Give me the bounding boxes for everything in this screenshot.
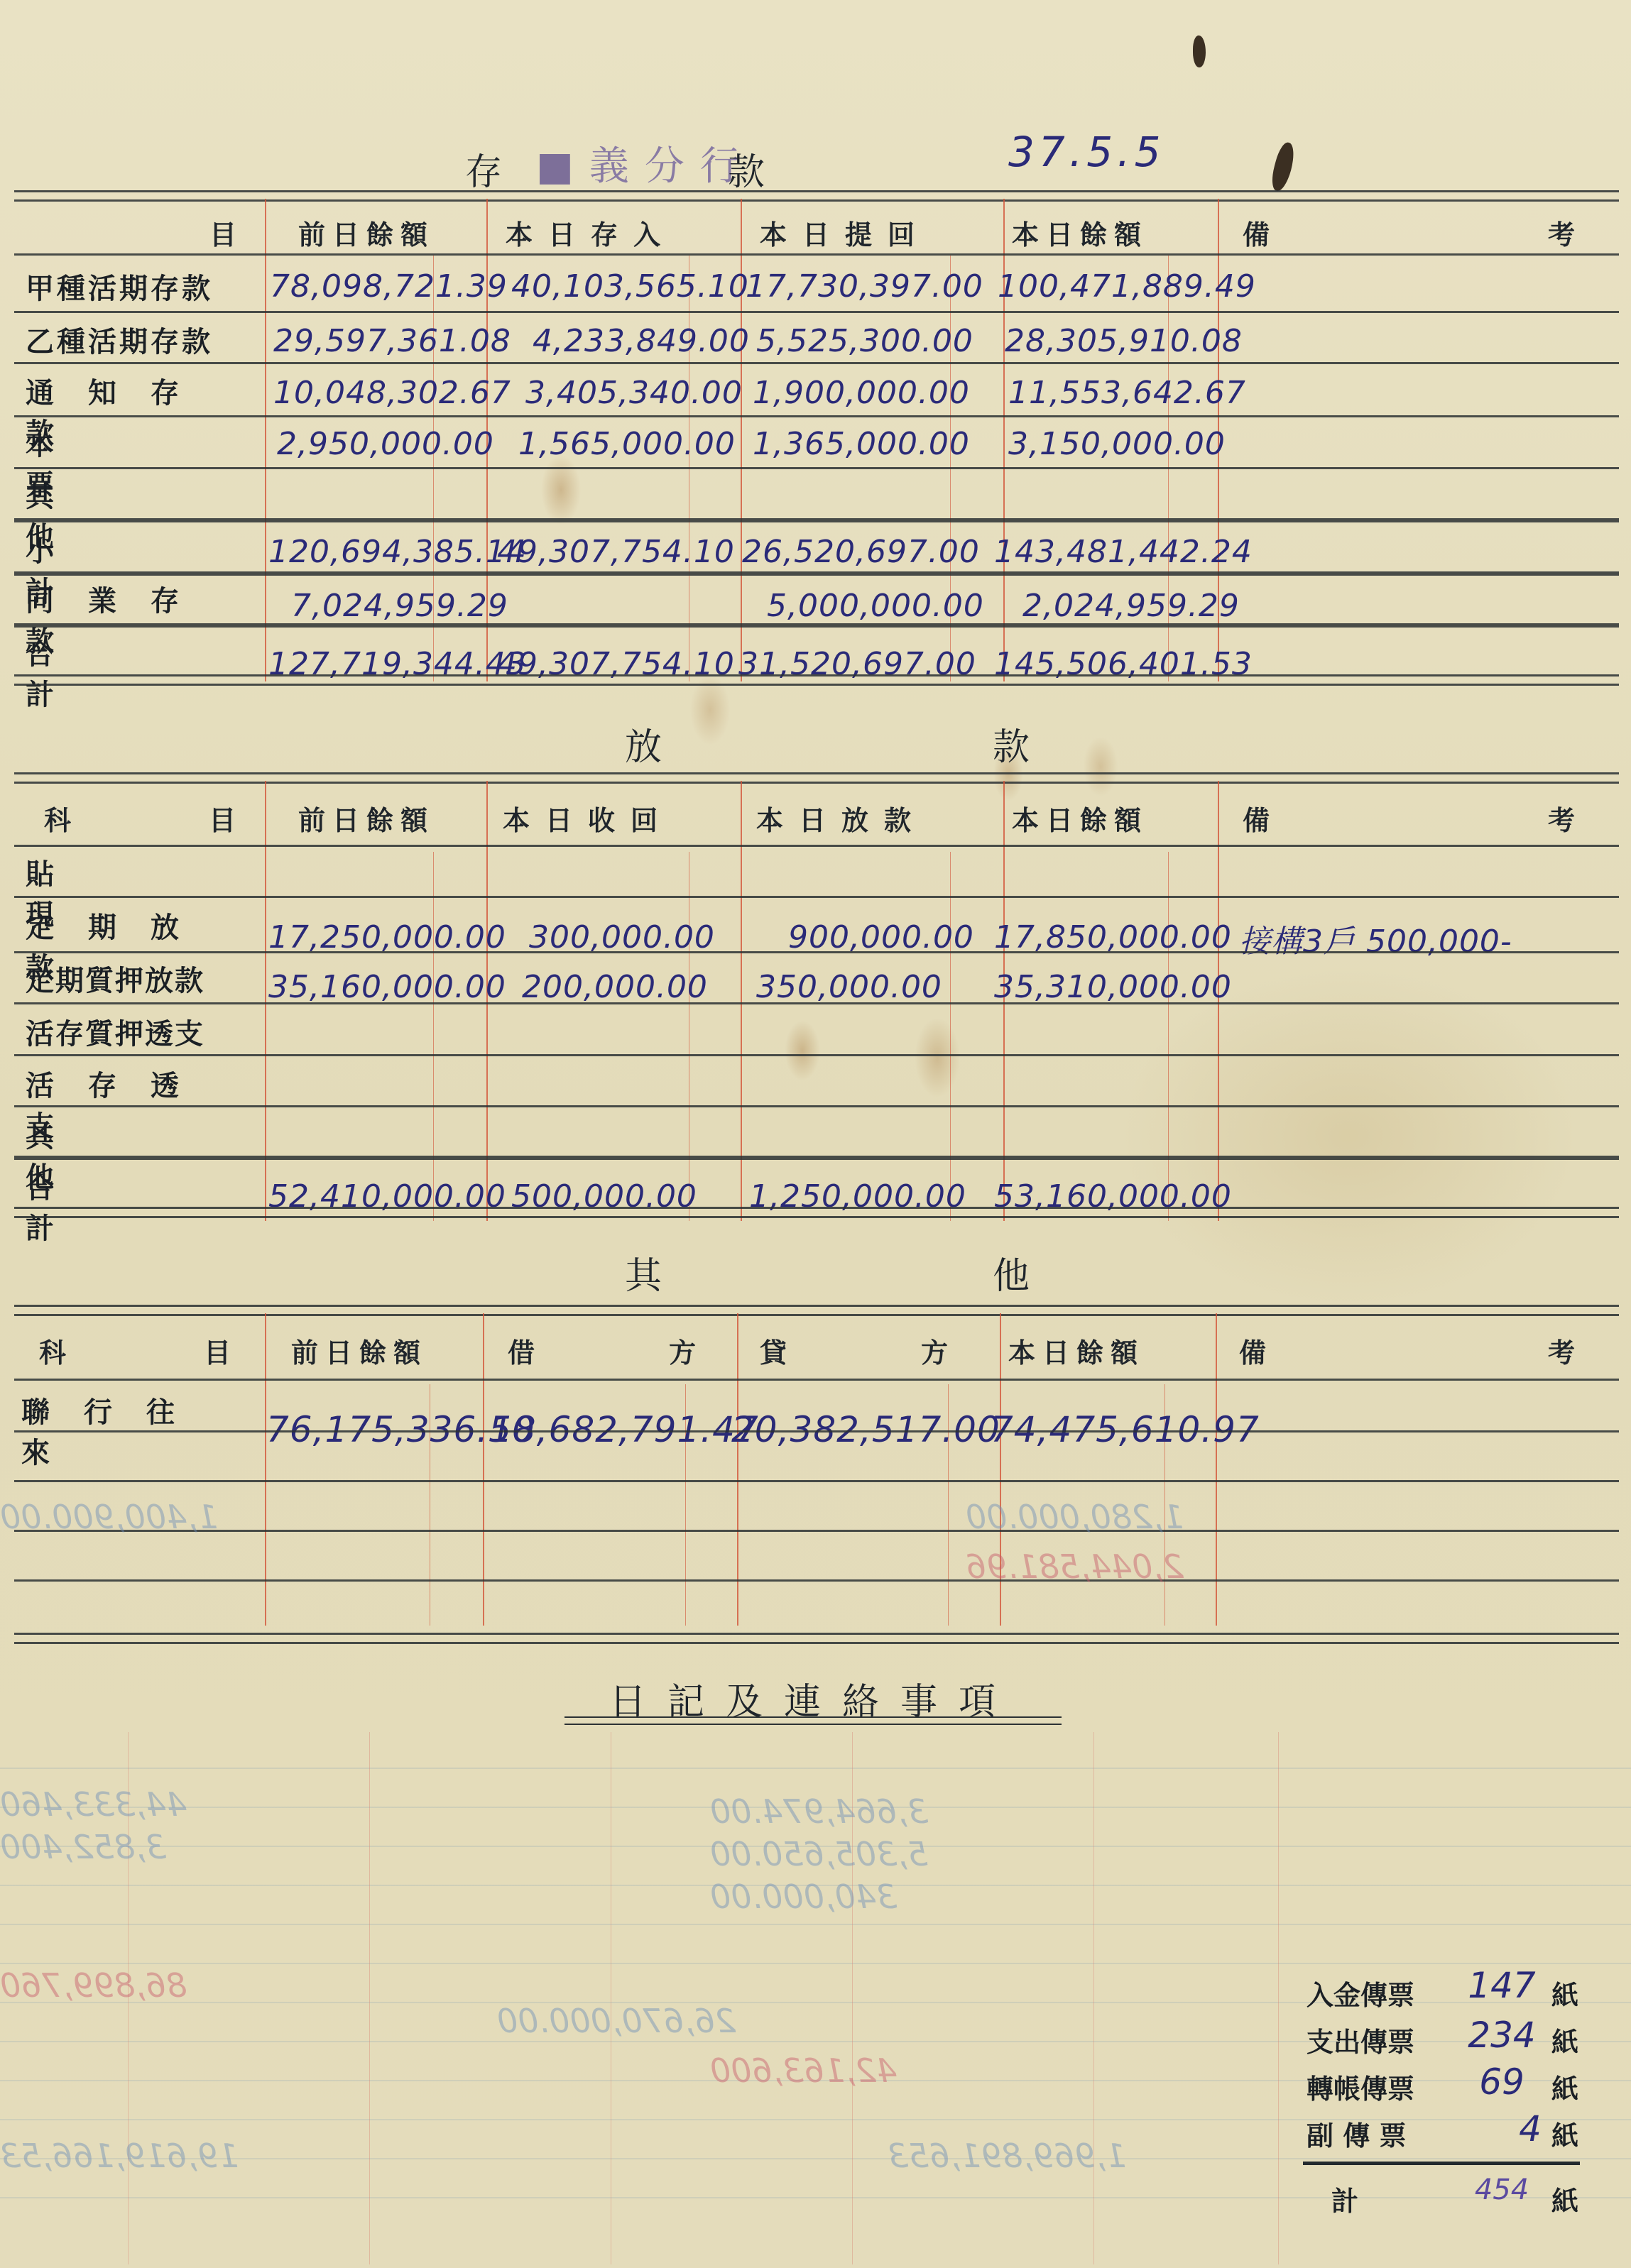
column-rule	[950, 852, 951, 1221]
cell-credit: 20,382,517.00	[731, 1409, 1000, 1450]
column-header-balance: 本日餘額	[1012, 799, 1148, 838]
column-rule	[433, 852, 434, 1221]
ghost-number: 3,664,974.00	[710, 1792, 928, 1831]
cell-out: 1,365,000.00	[753, 426, 970, 462]
table-border-bottom	[14, 1207, 1619, 1218]
column-header-item: 科目	[39, 1331, 231, 1370]
faint-column-rule	[1278, 1732, 1279, 2264]
ink-blot-icon	[1193, 35, 1206, 67]
ghost-number: 86,899,760	[0, 1966, 187, 2005]
row-divider	[14, 1480, 1619, 1482]
cell-in: 3,405,340.00	[525, 375, 743, 411]
faint-rule	[0, 1768, 1631, 1769]
row-divider	[14, 1430, 1619, 1432]
row-divider	[14, 845, 1619, 847]
ghost-number: 19,619,166,53	[0, 2137, 239, 2175]
column-header-deposited: 本日存入	[506, 213, 676, 252]
row-label: 活存質押透支	[26, 1012, 253, 1052]
row-divider	[14, 311, 1619, 313]
voucher-label: 支出傳票	[1307, 2020, 1414, 2059]
cell-bal: 143,481,442.24	[994, 534, 1253, 570]
row-divider	[14, 1105, 1619, 1107]
column-header-remarks-right: 考	[1548, 213, 1582, 252]
row-divider	[14, 623, 1619, 628]
cell-remark: 接構3戶 500,000-	[1239, 916, 1512, 961]
column-header-item: 科目	[44, 799, 236, 838]
column-header-collected: 本日收回	[503, 799, 673, 838]
column-rule	[265, 1313, 266, 1626]
column-header-remarks-right: 考	[1548, 1331, 1582, 1370]
row-label: 乙種活期存款	[26, 319, 253, 360]
title-char-deposit: 存	[465, 142, 502, 195]
ghost-number: 5,305,650.00	[710, 1835, 928, 1873]
column-header-remarks-left: 備	[1243, 799, 1277, 838]
row-divider	[14, 896, 1619, 898]
voucher-unit: 紙	[1551, 2067, 1578, 2106]
voucher-count: 69	[1449, 2061, 1555, 2103]
voucher-row: 轉帳傳票 69 紙	[1299, 2067, 1598, 2110]
column-rule	[737, 1313, 738, 1626]
cell-prev: 2,950,000.00	[277, 426, 494, 462]
cell-prev: 35,160,000.00	[268, 969, 506, 1005]
table-border-bottom	[14, 1633, 1619, 1644]
cell-lent: 350,000.00	[756, 969, 942, 1005]
ghost-number: 44,333,460	[0, 1785, 187, 1824]
row-divider	[14, 253, 1619, 256]
row-divider	[14, 467, 1619, 469]
cell-prev: 17,250,000.00	[268, 919, 506, 955]
cell-prev: 7,024,959.29	[291, 588, 508, 624]
row-divider	[14, 1002, 1619, 1004]
others-section-title: 其 他	[625, 1246, 1030, 1299]
column-header-prev-balance: 前日餘額	[291, 1331, 427, 1370]
voucher-row: 入金傳票 147 紙	[1299, 1973, 1598, 2016]
cell-out: 26,520,697.00	[742, 534, 980, 570]
row-divider	[14, 1054, 1619, 1056]
cell-bal: 3,150,000.00	[1008, 426, 1226, 462]
voucher-unit: 紙	[1551, 2179, 1578, 2218]
column-header-item: 目	[209, 213, 244, 252]
voucher-summary: 入金傳票 147 紙 支出傳票 234 紙 轉帳傳票 69 紙 副 傳 票 4 …	[1299, 1973, 1598, 2243]
row-divider	[14, 1579, 1619, 1582]
ghost-number: 340,000.00	[710, 1878, 897, 1916]
ghost-number: 26,670,000.00	[497, 2002, 736, 2040]
cell-in: 4,233,849.00	[533, 323, 750, 359]
voucher-total-label: 計	[1331, 2179, 1358, 2218]
ghost-number: 1,400,900.00	[0, 1498, 218, 1536]
table-border-top	[14, 190, 1619, 202]
form-title: 存 ■義分行 款	[0, 121, 1631, 185]
row-label: 合計	[26, 1166, 253, 1247]
cell-bal: 11,553,642.67	[1008, 375, 1246, 411]
cell-bal: 100,471,889.49	[998, 268, 1256, 305]
cell-prev: 10,048,302.67	[273, 375, 511, 411]
column-header-prev-balance: 前日餘額	[298, 799, 435, 838]
handwritten-date: 37.5.5	[1008, 128, 1164, 176]
table-border-top	[14, 1305, 1619, 1316]
cell-collected: 300,000.00	[529, 919, 715, 955]
voucher-label: 副 傳 票	[1307, 2114, 1406, 2153]
faint-column-rule	[1093, 1732, 1094, 2264]
row-divider	[14, 415, 1619, 417]
voucher-total-rule	[1303, 2162, 1580, 2165]
column-rule	[483, 1313, 484, 1626]
column-header-balance: 本日餘額	[1012, 213, 1148, 252]
ghost-number: 2,044,581.96	[966, 1547, 1184, 1586]
column-header-prev-balance: 前日餘額	[298, 213, 435, 252]
column-rule	[1216, 1313, 1217, 1626]
cell-out: 17,730,397.00	[746, 268, 983, 305]
column-header-remarks-left: 備	[1239, 1331, 1273, 1370]
column-header-balance: 本日餘額	[1008, 1331, 1145, 1370]
column-rule	[1168, 852, 1169, 1221]
cell-out: 1,900,000.00	[753, 375, 970, 411]
column-header-lent: 本日放款	[756, 799, 927, 838]
column-rule	[265, 199, 266, 681]
cell-prev: 120,694,385.14	[268, 534, 527, 570]
row-divider	[14, 518, 1619, 522]
cell-prev: 29,597,361.08	[273, 323, 511, 359]
column-header-withdrawn: 本日提回	[760, 213, 930, 252]
column-rule	[741, 781, 742, 1221]
voucher-total-row: 計 454 紙	[1299, 2179, 1598, 2222]
column-header-credit: 貸方	[760, 1331, 948, 1370]
cell-in: 1,565,000.00	[518, 426, 736, 462]
ghost-number: 1,969,891,653	[888, 2137, 1127, 2175]
loans-section-title: 放 款	[625, 717, 1030, 770]
cell-out: 5,525,300.00	[756, 323, 973, 359]
row-divider	[14, 1379, 1619, 1381]
faint-column-rule	[611, 1732, 611, 2264]
cell-prev: 78,098,721.39	[270, 268, 508, 305]
cell-lent: 900,000.00	[788, 919, 974, 955]
table-border-bottom	[14, 674, 1619, 686]
diary-title-underline	[564, 1716, 1062, 1725]
ghost-number: 3,852,400	[0, 1828, 166, 1866]
row-divider	[14, 1530, 1619, 1532]
row-divider	[14, 1156, 1619, 1160]
cell-debit: 18,682,791.47	[490, 1409, 759, 1450]
title-char-kuan: 款	[728, 142, 765, 195]
faint-rule	[0, 1924, 1631, 1925]
voucher-row: 副 傳 票 4 紙	[1299, 2114, 1598, 2157]
stamp-smudge-icon: ■	[536, 143, 589, 190]
voucher-unit: 紙	[1551, 1973, 1578, 2012]
voucher-unit: 紙	[1551, 2114, 1578, 2153]
voucher-unit: 紙	[1551, 2020, 1578, 2059]
row-divider	[14, 951, 1619, 953]
column-header-debit: 借方	[508, 1331, 696, 1370]
cell-out: 5,000,000.00	[767, 588, 984, 624]
faint-rule	[0, 1963, 1631, 1964]
voucher-count: 234	[1449, 2015, 1555, 2056]
column-header-remarks-right: 考	[1548, 799, 1582, 838]
ghost-number: 42,163,600	[710, 2051, 897, 2090]
row-label: 定期質押放款	[26, 958, 253, 999]
cell-bal: 2,024,959.29	[1022, 588, 1240, 624]
cell-collected: 200,000.00	[522, 969, 708, 1005]
cell-bal: 35,310,000.00	[994, 969, 1232, 1005]
row-divider	[14, 362, 1619, 364]
ghost-number: 1,280,000.00	[966, 1498, 1184, 1536]
faint-column-rule	[369, 1732, 370, 2264]
row-label: 甲種活期存款	[26, 266, 253, 307]
table-border-top	[14, 772, 1619, 784]
voucher-row: 支出傳票 234 紙	[1299, 2020, 1598, 2063]
voucher-label: 轉帳傳票	[1307, 2067, 1414, 2106]
column-rule	[689, 852, 689, 1221]
cell-in: 49,307,754.10	[497, 534, 735, 570]
voucher-total-count: 454	[1449, 2174, 1555, 2206]
cell-bal: 74,475,610.97	[991, 1409, 1260, 1450]
cell-bal: 28,305,910.08	[1005, 323, 1243, 359]
column-rule	[265, 781, 266, 1221]
column-header-remarks-left: 備	[1243, 213, 1277, 252]
row-divider	[14, 571, 1619, 576]
voucher-label: 入金傳票	[1307, 1973, 1414, 2012]
row-label: 合計	[26, 632, 253, 713]
branch-stamp: ■義分行	[536, 135, 756, 192]
cell-bal: 17,850,000.00	[994, 919, 1232, 955]
voucher-count: 147	[1449, 1965, 1555, 2006]
cell-in: 40,103,565.10	[511, 268, 749, 305]
